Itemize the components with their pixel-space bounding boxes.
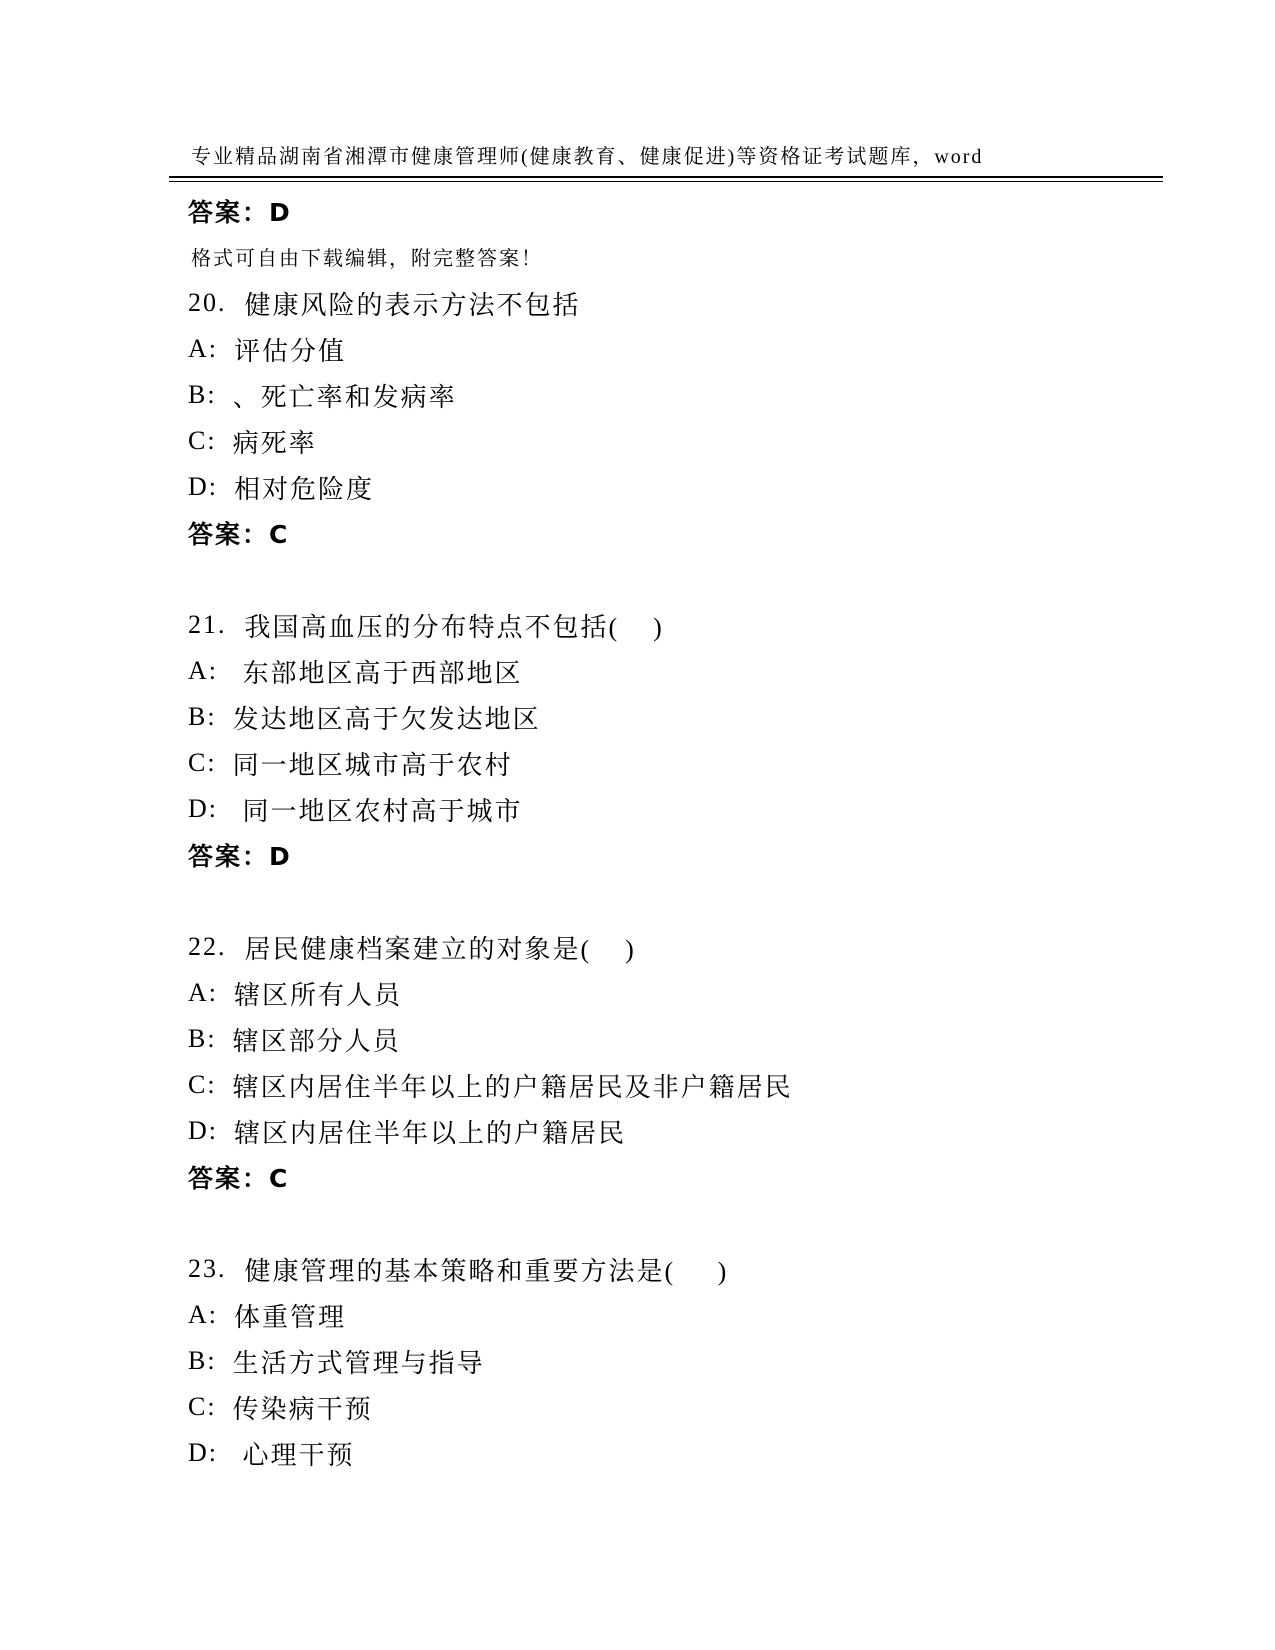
question-number: 23. <box>188 1254 227 1284</box>
option-label: A: <box>188 334 218 364</box>
document-body: 答案：D 20. 健康风险的表示方法不包括 A: 评估分值 B: 、死亡率和发病… <box>188 188 1128 1476</box>
option-label: B: <box>188 380 217 410</box>
option-text: 传染病干预 <box>233 1389 373 1426</box>
option-row-c: C: 辖区内居住半年以上的户籍居民及非户籍居民 <box>188 1062 1128 1108</box>
option-row-d: D: 心理干预 <box>188 1430 1128 1476</box>
option-label: D: <box>188 1116 218 1146</box>
option-label: D: <box>188 794 218 824</box>
option-row-b: B: 发达地区高于欠发达地区 <box>188 694 1128 740</box>
answer-line: 答案：C <box>188 1154 1128 1200</box>
option-label: A: <box>188 656 218 686</box>
option-row-c: C: 病死率 <box>188 418 1128 464</box>
option-label: B: <box>188 1024 217 1054</box>
question-text: 健康管理的基本策略和重要方法是( ) <box>245 1251 729 1288</box>
question-block-21: 21. 我国高血压的分布特点不包括( ) A: 东部地区高于西部地区 B: 发达… <box>188 602 1128 924</box>
answer-line-previous-question: 答案：D <box>188 188 1128 234</box>
option-row-d: D: 辖区内居住半年以上的户籍居民 <box>188 1108 1128 1154</box>
question-block-23: 23. 健康管理的基本策略和重要方法是( ) A: 体重管理 B: 生活方式管理… <box>188 1246 1128 1476</box>
question-block-22: 22. 居民健康档案建立的对象是( ) A: 辖区所有人员 B: 辖区部分人员 … <box>188 924 1128 1246</box>
question-text: 居民健康档案建立的对象是( ) <box>245 929 636 966</box>
option-row-b: B: 生活方式管理与指导 <box>188 1338 1128 1384</box>
option-label: B: <box>188 1346 217 1376</box>
option-text: 、死亡率和发病率 <box>233 377 457 414</box>
header-line-1: 专业精品湖南省湘潭市健康管理师(健康教育、健康促进)等资格证考试题库，word <box>191 140 1121 174</box>
block-spacer <box>188 878 1128 924</box>
question-text: 健康风险的表示方法不包括 <box>245 285 581 322</box>
question-title: 20. 健康风险的表示方法不包括 <box>188 280 1128 326</box>
question-number: 20. <box>188 288 227 318</box>
answer-line: 答案：C <box>188 510 1128 556</box>
option-label: C: <box>188 1392 217 1422</box>
option-text: 评估分值 <box>234 331 346 368</box>
block-spacer <box>188 234 1128 280</box>
question-number: 21. <box>188 610 227 640</box>
option-label: C: <box>188 1070 217 1100</box>
question-title: 21. 我国高血压的分布特点不包括( ) <box>188 602 1128 648</box>
option-row-b: B: 辖区部分人员 <box>188 1016 1128 1062</box>
option-text: 辖区所有人员 <box>234 975 402 1012</box>
option-label: D: <box>188 1438 218 1468</box>
option-label: C: <box>188 748 217 778</box>
option-row-a: A: 评估分值 <box>188 326 1128 372</box>
option-text: 辖区部分人员 <box>233 1021 401 1058</box>
option-row-c: C: 同一地区城市高于农村 <box>188 740 1128 786</box>
option-text: 病死率 <box>233 423 317 460</box>
option-text: 心理干预 <box>234 1435 355 1472</box>
question-title: 22. 居民健康档案建立的对象是( ) <box>188 924 1128 970</box>
option-row-a: A: 东部地区高于西部地区 <box>188 648 1128 694</box>
option-text: 体重管理 <box>234 1297 346 1334</box>
option-text: 生活方式管理与指导 <box>233 1343 485 1380</box>
question-number: 22. <box>188 932 227 962</box>
option-label: A: <box>188 1300 218 1330</box>
option-label: B: <box>188 702 217 732</box>
option-text: 东部地区高于西部地区 <box>234 653 523 690</box>
option-row-c: C: 传染病干预 <box>188 1384 1128 1430</box>
header-divider-rule <box>169 176 1163 182</box>
option-row-d: D: 相对危险度 <box>188 464 1128 510</box>
document-page: 专业精品湖南省湘潭市健康管理师(健康教育、健康促进)等资格证考试题库，word … <box>0 0 1275 1650</box>
option-text: 发达地区高于欠发达地区 <box>233 699 541 736</box>
answer-line: 答案：D <box>188 832 1128 878</box>
option-text: 同一地区城市高于农村 <box>233 745 513 782</box>
question-title: 23. 健康管理的基本策略和重要方法是( ) <box>188 1246 1128 1292</box>
question-block-20: 20. 健康风险的表示方法不包括 A: 评估分值 B: 、死亡率和发病率 C: … <box>188 280 1128 602</box>
option-row-b: B: 、死亡率和发病率 <box>188 372 1128 418</box>
question-text: 我国高血压的分布特点不包括( ) <box>245 607 664 644</box>
option-text: 相对危险度 <box>234 469 374 506</box>
option-row-a: A: 体重管理 <box>188 1292 1128 1338</box>
option-label: C: <box>188 426 217 456</box>
option-text: 同一地区农村高于城市 <box>234 791 523 828</box>
option-text: 辖区内居住半年以上的户籍居民及非户籍居民 <box>233 1067 793 1104</box>
option-row-d: D: 同一地区农村高于城市 <box>188 786 1128 832</box>
option-text: 辖区内居住半年以上的户籍居民 <box>234 1113 626 1150</box>
option-label: D: <box>188 472 218 502</box>
block-spacer <box>188 556 1128 602</box>
block-spacer <box>188 1200 1128 1246</box>
option-row-a: A: 辖区所有人员 <box>188 970 1128 1016</box>
option-label: A: <box>188 978 218 1008</box>
